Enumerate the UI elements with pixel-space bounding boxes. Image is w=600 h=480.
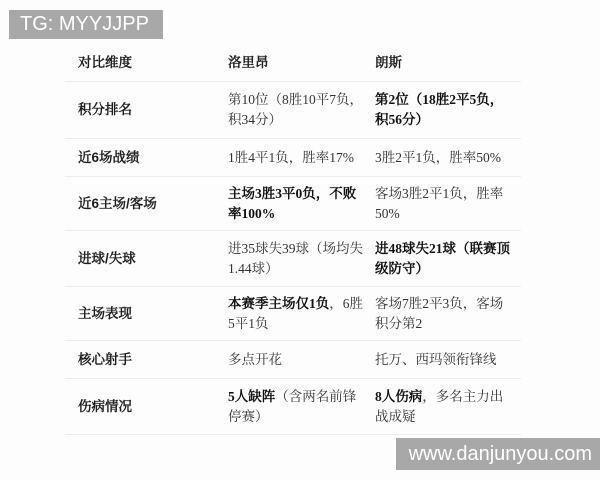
cell-text: 进35球失39球（场均失1.44球）: [228, 241, 363, 276]
cell-text: 第10位（8胜10平7负，积34分）: [228, 92, 363, 127]
team1-cell: 1胜4平1负，胜率17%: [228, 139, 375, 177]
cell-text-bold: 进48球失21球（联赛顶级防守）: [375, 241, 510, 276]
row-label-cell: 主场表现: [65, 287, 228, 341]
cell-text-bold: 5人缺阵: [228, 389, 275, 404]
row-label-cell: 伤病情况: [65, 379, 228, 435]
cell-text-bold: 主场3胜3平0负，不败率100%: [228, 186, 356, 221]
telegram-watermark-badge: TG: MYYJJPP: [9, 10, 163, 39]
comparison-table-container: 对比维度洛里昂朗斯 积分排名第10位（8胜10平7负，积34分）第2位（18胜2…: [65, 44, 521, 435]
team1-cell: 第10位（8胜10平7负，积34分）: [228, 82, 375, 139]
team1-cell: 多点开花: [228, 341, 375, 379]
team2-cell: 3胜2平1负，胜率50%: [375, 139, 521, 177]
cell-text-bold: 本赛季主场仅1负: [228, 296, 329, 311]
cell-text: 3胜2平1负，胜率50%: [375, 150, 501, 165]
page: { "watermarks": { "telegram_badge": "TG:…: [0, 0, 600, 480]
table-row: 核心射手多点开花托万、西玛领衔锋线: [65, 341, 521, 379]
table-row: 进球/失球进35球失39球（场均失1.44球）进48球失21球（联赛顶级防守）: [65, 231, 521, 287]
team1-cell: 主场3胜3平0负，不败率100%: [228, 177, 375, 231]
team1-cell: 5人缺阵（含两名前锋停赛）: [228, 379, 375, 435]
column-header: 洛里昂: [228, 44, 375, 82]
cell-text: 多点开花: [228, 352, 282, 367]
team2-cell: 客场7胜2平3负，客场积分第2: [375, 287, 521, 341]
table-row: 积分排名第10位（8胜10平7负，积34分）第2位（18胜2平5负，积56分）: [65, 82, 521, 139]
team1-cell: 进35球失39球（场均失1.44球）: [228, 231, 375, 287]
cell-text-bold: 第2位（18胜2平5负，积56分）: [375, 92, 503, 127]
column-header: 对比维度: [65, 44, 228, 82]
table-body: 积分排名第10位（8胜10平7负，积34分）第2位（18胜2平5负，积56分）近…: [65, 82, 521, 435]
row-label-cell: 积分排名: [65, 82, 228, 139]
cell-text-bold: 8人伤病: [375, 389, 422, 404]
table-row: 伤病情况5人缺阵（含两名前锋停赛）8人伤病，多名主力出战成疑: [65, 379, 521, 435]
row-label-cell: 近6主场/客场: [65, 177, 228, 231]
team2-cell: 客场3胜2平1负，胜率50%: [375, 177, 521, 231]
team2-cell: 托万、西玛领衔锋线: [375, 341, 521, 379]
column-header: 朗斯: [375, 44, 521, 82]
cell-text: 托万、西玛领衔锋线: [375, 352, 497, 367]
row-label-cell: 核心射手: [65, 341, 228, 379]
team1-cell: 本赛季主场仅1负，6胜5平1负: [228, 287, 375, 341]
team2-cell: 第2位（18胜2平5负，积56分）: [375, 82, 521, 139]
cell-text: 客场7胜2平3负，客场积分第2: [375, 296, 503, 331]
table-row: 近6主场/客场主场3胜3平0负，不败率100%客场3胜2平1负，胜率50%: [65, 177, 521, 231]
comparison-table: 对比维度洛里昂朗斯 积分排名第10位（8胜10平7负，积34分）第2位（18胜2…: [65, 44, 521, 435]
cell-text: 1胜4平1负，胜率17%: [228, 150, 354, 165]
team2-cell: 8人伤病，多名主力出战成疑: [375, 379, 521, 435]
table-row: 近6场战绩1胜4平1负，胜率17%3胜2平1负，胜率50%: [65, 139, 521, 177]
team2-cell: 进48球失21球（联赛顶级防守）: [375, 231, 521, 287]
table-row: 主场表现本赛季主场仅1负，6胜5平1负客场7胜2平3负，客场积分第2: [65, 287, 521, 341]
header-row: 对比维度洛里昂朗斯: [65, 44, 521, 82]
row-label-cell: 近6场战绩: [65, 139, 228, 177]
cell-text: 客场3胜2平1负，胜率50%: [375, 186, 503, 221]
table-header: 对比维度洛里昂朗斯: [65, 44, 521, 82]
row-label-cell: 进球/失球: [65, 231, 228, 287]
website-watermark-badge: www.danjunyou.com: [396, 438, 600, 470]
